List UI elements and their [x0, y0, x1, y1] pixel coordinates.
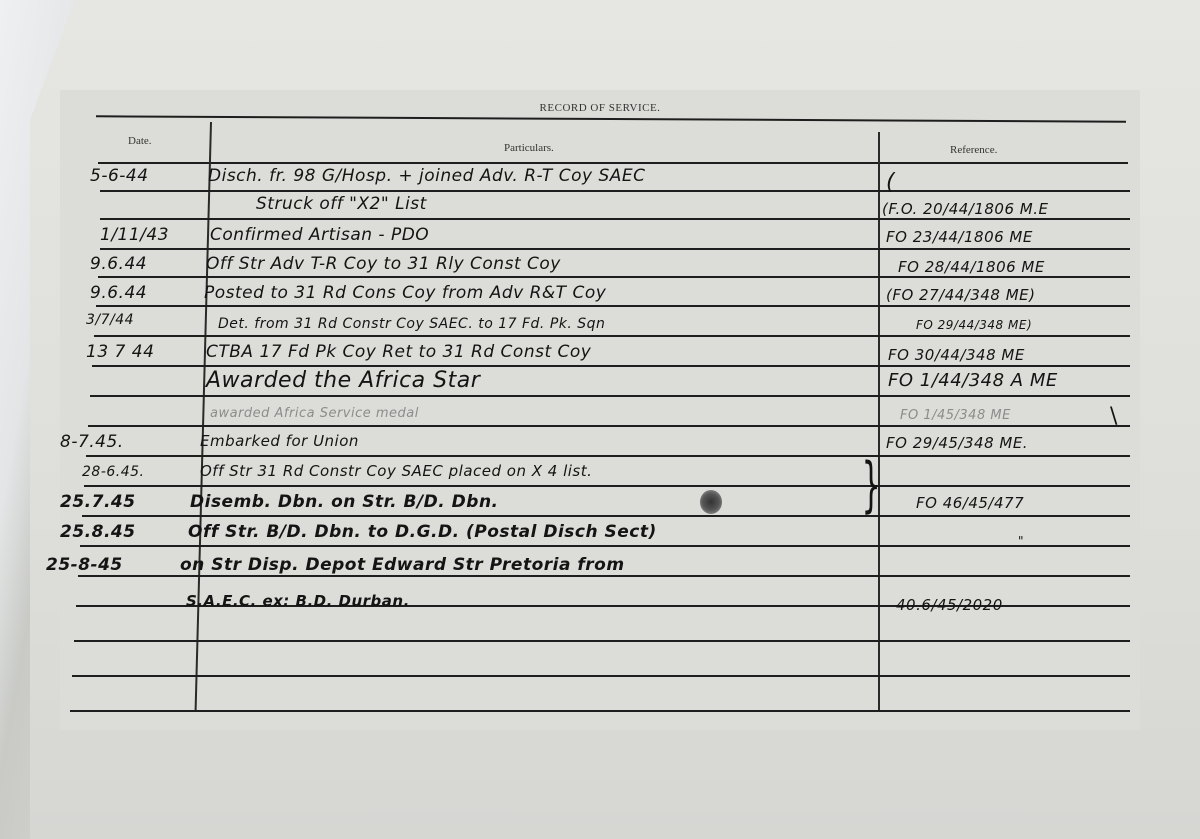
record-of-service-form: RECORD OF SERVICE. Date. Particulars. Re… — [60, 90, 1140, 730]
column-header-date: Date. — [128, 135, 152, 147]
entry-date: 13 7 44 — [86, 342, 154, 362]
entry-date: 25-8-45 — [46, 555, 123, 575]
entry-reference: (F.O. 20/44/1806 M.E — [882, 200, 1048, 218]
header-top-rule — [96, 115, 1126, 122]
divider-date-particulars — [195, 122, 212, 712]
row-rule — [82, 515, 1130, 517]
row-rule — [72, 675, 1130, 677]
column-header-particulars: Particulars. — [504, 142, 554, 154]
row-rule — [92, 365, 1130, 367]
row-rule — [100, 190, 1130, 192]
entry-date: 8-7.45. — [60, 432, 124, 452]
row-rule — [94, 335, 1130, 337]
pen-mark: \ — [1110, 404, 1118, 429]
row-rule — [90, 395, 1130, 397]
entry-particulars: Off Str Adv T-R Coy to 31 Rly Const Coy — [206, 254, 561, 274]
entry-particulars: Det. from 31 Rd Constr Coy SAEC. to 17 F… — [218, 316, 605, 332]
header-bottom-rule — [98, 162, 1128, 164]
entry-reference: FO 30/44/348 ME — [888, 346, 1025, 364]
entry-particulars: Awarded the Africa Star — [206, 368, 480, 393]
entry-reference: (FO 27/44/348 ME) — [886, 286, 1036, 304]
entry-date: 5-6-44 — [90, 166, 149, 186]
entry-particulars: CTBA 17 Fd Pk Coy Ret to 31 Rd Const Coy — [206, 342, 591, 362]
entry-particulars: Off Str 31 Rd Constr Coy SAEC placed on … — [200, 462, 592, 480]
entry-reference: " — [1018, 534, 1024, 548]
row-rule — [74, 640, 1130, 642]
entry-date: 28-6.45. — [82, 464, 145, 480]
entry-date: 25.7.45 — [60, 492, 136, 512]
entry-reference: FO 1/45/348 ME — [900, 408, 1011, 423]
entry-particulars: Struck off "X2" List — [256, 194, 427, 214]
entry-reference: FO 29/44/348 ME) — [916, 318, 1032, 332]
entry-particulars: on Str Disp. Depot Edward Str Pretoria f… — [180, 555, 625, 575]
row-rule — [84, 485, 1130, 487]
entry-date: 9.6.44 — [90, 283, 147, 303]
row-rule — [70, 710, 1130, 712]
entry-date: 3/7/44 — [86, 312, 134, 328]
column-header-reference: Reference. — [950, 144, 997, 156]
row-rule — [78, 575, 1130, 577]
entry-date: 9.6.44 — [90, 254, 147, 274]
entry-particulars: Off Str. B/D. Dbn. to D.G.D. (Postal Dis… — [188, 522, 657, 542]
entry-date: 25.8.45 — [60, 522, 136, 542]
entry-date: 1/11/43 — [100, 225, 169, 245]
entry-reference: 40.6/45/2020 — [896, 596, 1003, 614]
entry-reference: ( — [886, 170, 895, 195]
entry-particulars: Embarked for Union — [200, 432, 359, 450]
entry-reference: FO 28/44/1806 ME — [898, 258, 1045, 276]
entry-particulars: awarded Africa Service medal — [210, 406, 419, 421]
ink-stain — [700, 490, 722, 514]
entry-particulars: Posted to 31 Rd Cons Coy from Adv R&T Co… — [204, 283, 606, 303]
row-rule — [80, 545, 1130, 547]
entry-particulars: Confirmed Artisan - PDO — [210, 225, 429, 245]
row-rule — [98, 276, 1130, 278]
entry-reference: FO 1/44/348 A ME — [888, 370, 1058, 391]
entry-reference: FO 23/44/1806 ME — [886, 228, 1033, 246]
form-title: RECORD OF SERVICE. — [60, 102, 1140, 114]
entry-reference: FO 29/45/348 ME. — [886, 434, 1028, 452]
row-rule — [100, 248, 1130, 250]
row-rule — [96, 305, 1130, 307]
entry-reference: FO 46/45/477 — [916, 494, 1024, 512]
entry-particulars: S.A.E.C. ex: B.D. Durban. — [186, 592, 410, 610]
entry-particulars: Disemb. Dbn. on Str. B/D. Dbn. — [190, 492, 499, 512]
row-rule — [100, 218, 1130, 220]
row-rule — [88, 425, 1130, 427]
brace-mark: } — [862, 450, 881, 520]
entry-particulars: Disch. fr. 98 G/Hosp. + joined Adv. R-T … — [208, 166, 646, 186]
row-rule — [86, 455, 1130, 457]
